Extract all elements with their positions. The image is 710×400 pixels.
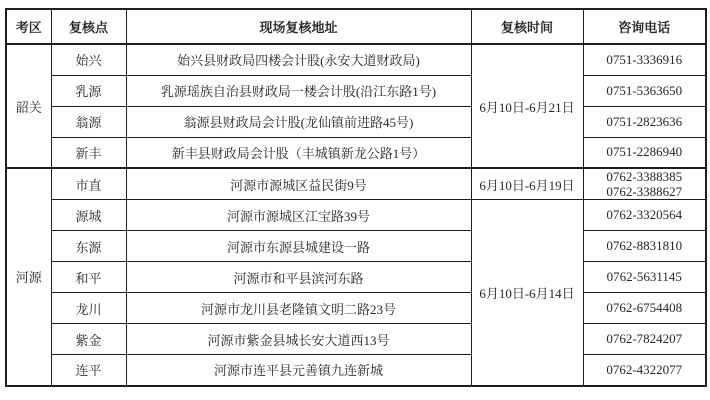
review-point-cell: 东源 (51, 231, 126, 262)
phone-cell: 0762-8831810 (583, 231, 706, 262)
page: 考区 复核点 现场复核地址 复核时间 咨询电话 韶关 始兴 始兴县财政局四楼会计… (0, 0, 710, 400)
address-cell: 河源市东源县城建设一路 (126, 231, 471, 262)
address-cell: 河源市龙川县老隆镇文明二路23号 (126, 293, 471, 324)
table-row: 紫金 河源市紫金县城长安大道西13号 0762-7824207 (6, 324, 706, 355)
phone-line: 0762-3388385 (588, 169, 702, 184)
review-point-cell: 龙川 (51, 293, 126, 324)
review-point-cell: 新丰 (51, 137, 126, 168)
phone-line: 0762-3388627 (588, 184, 702, 199)
phone-cell: 0751-2286940 (583, 137, 706, 168)
phone-cell: 0762-5631145 (583, 262, 706, 293)
table-row: 河源 市直 河源市源城区益民街9号 6月10日-6月19日 0762-33883… (6, 168, 706, 200)
phone-cell: 0751-3336916 (583, 44, 706, 75)
address-cell: 河源市连平县元善镇九连新城 (126, 355, 471, 386)
review-point-cell: 连平 (51, 355, 126, 386)
exam-area-cell: 韶关 (6, 44, 51, 168)
phone-cell: 0751-2823636 (583, 106, 706, 137)
table-row: 连平 河源市连平县元善镇九连新城 0762-4322077 (6, 355, 706, 386)
col-header-phone: 咨询电话 (583, 9, 706, 44)
address-cell: 乳源瑶族自治县财政局一楼会计股(沿江东路1号) (126, 75, 471, 106)
col-header-exam-area: 考区 (6, 9, 51, 44)
col-header-review-time: 复核时间 (471, 9, 583, 44)
table-row: 东源 河源市东源县城建设一路 0762-8831810 (6, 231, 706, 262)
header-row: 考区 复核点 现场复核地址 复核时间 咨询电话 (6, 9, 706, 44)
review-time-cell: 6月10日-6月14日 (471, 200, 583, 386)
phone-cell: 0762-7824207 (583, 324, 706, 355)
exam-area-cell: 河源 (6, 168, 51, 386)
address-cell: 河源市源城区益民街9号 (126, 168, 471, 200)
table-row: 韶关 始兴 始兴县财政局四楼会计股(永安大道财政局) 6月10日-6月21日 0… (6, 44, 706, 75)
review-locations-table: 考区 复核点 现场复核地址 复核时间 咨询电话 韶关 始兴 始兴县财政局四楼会计… (5, 8, 707, 387)
col-header-address: 现场复核地址 (126, 9, 471, 44)
address-cell: 新丰县财政局会计股（丰城镇新龙公路1号） (126, 137, 471, 168)
review-point-cell: 源城 (51, 200, 126, 231)
address-cell: 河源市和平县滨河东路 (126, 262, 471, 293)
table-row: 和平 河源市和平县滨河东路 0762-5631145 (6, 262, 706, 293)
review-point-cell: 和平 (51, 262, 126, 293)
address-cell: 河源市紫金县城长安大道西13号 (126, 324, 471, 355)
table-row: 新丰 新丰县财政局会计股（丰城镇新龙公路1号） 0751-2286940 (6, 137, 706, 168)
review-point-cell: 市直 (51, 168, 126, 200)
table-row: 源城 河源市源城区江宝路39号 6月10日-6月14日 0762-3320564 (6, 200, 706, 231)
table-row: 乳源 乳源瑶族自治县财政局一楼会计股(沿江东路1号) 0751-5363650 (6, 75, 706, 106)
phone-cell: 0762-3388385 0762-3388627 (583, 168, 706, 200)
address-cell: 始兴县财政局四楼会计股(永安大道财政局) (126, 44, 471, 75)
table-row: 翁源 翁源县财政局会计股(龙仙镇前进路45号) 0751-2823636 (6, 106, 706, 137)
address-cell: 河源市源城区江宝路39号 (126, 200, 471, 231)
review-time-cell: 6月10日-6月21日 (471, 44, 583, 168)
phone-cell: 0762-4322077 (583, 355, 706, 386)
review-point-cell: 始兴 (51, 44, 126, 75)
review-time-cell: 6月10日-6月19日 (471, 168, 583, 200)
phone-cell: 0762-6754408 (583, 293, 706, 324)
phone-cell: 0762-3320564 (583, 200, 706, 231)
address-cell: 翁源县财政局会计股(龙仙镇前进路45号) (126, 106, 471, 137)
review-point-cell: 翁源 (51, 106, 126, 137)
review-point-cell: 紫金 (51, 324, 126, 355)
col-header-review-point: 复核点 (51, 9, 126, 44)
phone-cell: 0751-5363650 (583, 75, 706, 106)
table-row: 龙川 河源市龙川县老隆镇文明二路23号 0762-6754408 (6, 293, 706, 324)
review-point-cell: 乳源 (51, 75, 126, 106)
